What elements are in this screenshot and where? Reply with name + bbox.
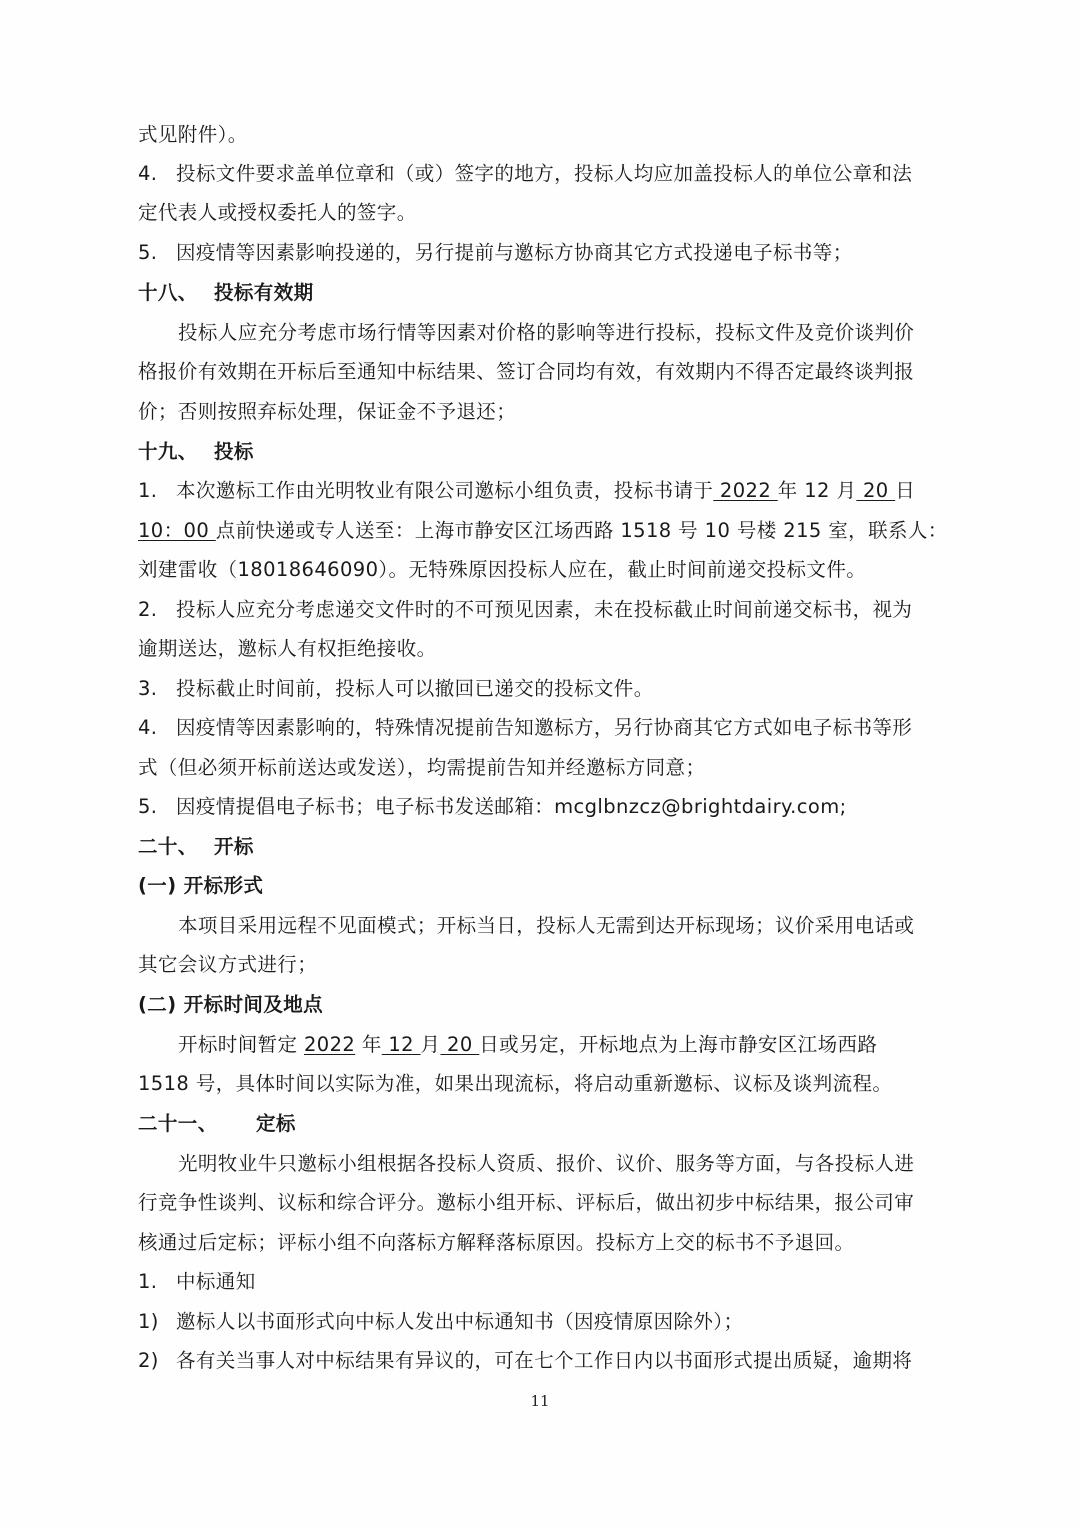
- list-number: 4.: [138, 716, 176, 740]
- paragraph-text: 年: [355, 1033, 382, 1056]
- list-text: 投标文件要求盖单位章和（或）签字的地方，投标人均应加盖投标人的单位公章和法: [176, 162, 912, 185]
- paragraph-text: 格报价有效期在开标后至通知中标结果、签订合同均有效，有效期内不得否定最终谈判报: [138, 360, 914, 383]
- paragraph-text: 月: [421, 1033, 441, 1056]
- list-number: 5.: [138, 795, 176, 819]
- list-number: 4.: [138, 162, 176, 186]
- text-line: 式（但必须开标前送达或发送），均需提前告知并经邀标方同意；: [138, 756, 705, 780]
- section-number: 二十、: [138, 835, 214, 859]
- list-item: 2)各有关当事人对中标结果有异议的，可在七个工作日内以书面形式提出质疑，逾期将: [138, 1349, 912, 1373]
- paragraph-text: 开标时间暂定: [178, 1033, 304, 1056]
- section-heading: 十八、投标有效期: [138, 281, 314, 305]
- paragraph-line: 投标人应充分考虑市场行情等因素对价格的影响等进行投标，投标文件及竞价谈判价: [178, 321, 914, 345]
- subsection-title: (二) 开标时间及地点: [138, 993, 323, 1016]
- paragraph-line: 本项目采用远程不见面模式；开标当日，投标人无需到达开标现场；议价采用电话或: [178, 914, 914, 938]
- continuation-text: 式见附件）。: [138, 123, 248, 146]
- contact-text: 刘建雷收（18018646090）。无特殊原因投标人应在，截止时间前递交投标文件…: [138, 558, 866, 581]
- list-text-continued: 逾期送达，邀标人有权拒绝接收。: [138, 637, 437, 660]
- list-item: 1)邀标人以书面形式向中标人发出中标通知书（因疫情原因除外）；: [138, 1310, 743, 1334]
- section-number: 二十一、: [138, 1112, 256, 1136]
- paragraph-line: 行竞争性谈判、议标和综合评分。邀标小组开标、评标后，做出初步中标结果，报公司审: [138, 1191, 914, 1215]
- list-item: 5.因疫情提倡电子标书；电子标书发送邮箱：mcglbnzcz@brightdai…: [138, 795, 847, 819]
- section-title: 投标: [214, 440, 254, 463]
- list-text: 各有关当事人对中标结果有异议的，可在七个工作日内以书面形式提出质疑，逾期将: [176, 1349, 912, 1372]
- list-item: 4.因疫情等因素影响的，特殊情况提前告知邀标方，另行协商其它方式如电子标书等形: [138, 716, 912, 740]
- list-text: 本次邀标工作由光明牧业有限公司邀标小组负责，投标书请于: [176, 479, 713, 502]
- section-heading: 十九、投标: [138, 440, 254, 464]
- delivery-address: 点前快递或专人送至：上海市静安区江场西路 1518 号 10 号楼 215 室，…: [216, 519, 948, 542]
- subsection-heading: (二) 开标时间及地点: [138, 993, 323, 1017]
- section-heading: 二十、开标: [138, 835, 254, 859]
- email-text: 因疫情提倡电子标书；电子标书发送邮箱：mcglbnzcz@brightdairy…: [176, 795, 847, 818]
- text-line: 定代表人或授权委托人的签字。: [138, 201, 417, 225]
- list-item: 2.投标人应充分考虑递交文件时的不可预见因素，未在投标截止时间前递交标书，视为: [138, 598, 912, 622]
- deadline-day: 20: [856, 479, 895, 502]
- section-heading: 二十一、定标: [138, 1112, 296, 1136]
- deadline-year: 2022: [713, 479, 777, 502]
- paragraph-text: 行竞争性谈判、议标和综合评分。邀标小组开标、评标后，做出初步中标结果，报公司审: [138, 1191, 914, 1214]
- list-number: 2.: [138, 598, 176, 622]
- paragraph-text: 日或另定，开标地点为上海市静安区江场西路: [479, 1033, 877, 1056]
- text-line: 刘建雷收（18018646090）。无特殊原因投标人应在，截止时间前递交投标文件…: [138, 558, 866, 582]
- subsection-heading: (一) 开标形式: [138, 874, 263, 898]
- list-number: 1): [138, 1310, 176, 1334]
- paragraph-line: 1518 号，具体时间以实际为准，如果出现流标，将启动重新邀标、议标及谈判流程。: [138, 1072, 892, 1096]
- paragraph-text: 光明牧业牛只邀标小组根据各投标人资质、报价、议价、服务等方面，与各投标人进: [178, 1152, 914, 1175]
- paragraph-line: 其它会议方式进行；: [138, 953, 317, 977]
- text-line: 式见附件）。: [138, 123, 248, 147]
- list-text: 邀标人以书面形式向中标人发出中标通知书（因疫情原因除外）；: [176, 1310, 743, 1333]
- list-number: 1.: [138, 479, 176, 503]
- list-item: 3.投标截止时间前，投标人可以撤回已递交的投标文件。: [138, 677, 654, 701]
- section-title: 定标: [256, 1112, 296, 1135]
- list-text: 年 12 月: [778, 479, 857, 502]
- paragraph-line: 格报价有效期在开标后至通知中标结果、签订合同均有效，有效期内不得否定最终谈判报: [138, 360, 914, 384]
- document-page: 式见附件）。 4.投标文件要求盖单位章和（或）签字的地方，投标人均应加盖投标人的…: [0, 0, 1080, 1528]
- text-line: 10：00 点前快递或专人送至：上海市静安区江场西路 1518 号 10 号楼 …: [138, 519, 948, 543]
- paragraph-text: 投标人应充分考虑市场行情等因素对价格的影响等进行投标，投标文件及竞价谈判价: [178, 321, 914, 344]
- list-number: 1.: [138, 1270, 176, 1294]
- list-text-continued: 式（但必须开标前送达或发送），均需提前告知并经邀标方同意；: [138, 756, 705, 779]
- list-text-continued: 定代表人或授权委托人的签字。: [138, 201, 417, 224]
- paragraph-line: 开标时间暂定 2022 年 12 月 20 日或另定，开标地点为上海市静安区江场…: [178, 1033, 877, 1057]
- list-number: 3.: [138, 677, 176, 701]
- list-item: 1.本次邀标工作由光明牧业有限公司邀标小组负责，投标书请于 2022 年 12 …: [138, 479, 915, 503]
- subsection-title: (一) 开标形式: [138, 874, 263, 897]
- text-line: 逾期送达，邀标人有权拒绝接收。: [138, 637, 437, 661]
- paragraph-line: 光明牧业牛只邀标小组根据各投标人资质、报价、议价、服务等方面，与各投标人进: [178, 1152, 914, 1176]
- section-title: 投标有效期: [214, 281, 314, 304]
- list-item: 5.因疫情等因素影响投递的，另行提前与邀标方协商其它方式投递电子标书等；: [138, 241, 853, 265]
- list-text: 因疫情等因素影响投递的，另行提前与邀标方协商其它方式投递电子标书等；: [176, 241, 853, 264]
- paragraph-text: 价；否则按照弃标处理，保证金不予退还；: [138, 400, 516, 423]
- paragraph-line: 价；否则按照弃标处理，保证金不予退还；: [138, 400, 516, 424]
- section-number: 十八、: [138, 281, 214, 305]
- opening-year: 2022: [304, 1033, 355, 1056]
- page-number: 11: [0, 1392, 1080, 1410]
- paragraph-line: 核通过后定标；评标小组不向落标方解释落标原因。投标方上交的标书不予退回。: [138, 1231, 854, 1255]
- section-number: 十九、: [138, 440, 214, 464]
- list-text: 投标人应充分考虑递交文件时的不可预见因素，未在投标截止时间前递交标书，视为: [176, 598, 912, 621]
- opening-day: 20: [440, 1033, 479, 1056]
- paragraph-text: 本项目采用远程不见面模式；开标当日，投标人无需到达开标现场；议价采用电话或: [178, 914, 914, 937]
- opening-month: 12: [382, 1033, 421, 1056]
- list-text: 投标截止时间前，投标人可以撤回已递交的投标文件。: [176, 677, 654, 700]
- list-text: 中标通知: [176, 1270, 256, 1293]
- list-number: 2): [138, 1349, 176, 1373]
- list-text: 日: [895, 479, 915, 502]
- list-text: 因疫情等因素影响的，特殊情况提前告知邀标方，另行协商其它方式如电子标书等形: [176, 716, 912, 739]
- list-number: 5.: [138, 241, 176, 265]
- paragraph-text: 1518 号，具体时间以实际为准，如果出现流标，将启动重新邀标、议标及谈判流程。: [138, 1072, 892, 1095]
- section-title: 开标: [214, 835, 254, 858]
- list-item: 1.中标通知: [138, 1270, 256, 1294]
- list-item: 4.投标文件要求盖单位章和（或）签字的地方，投标人均应加盖投标人的单位公章和法: [138, 162, 912, 186]
- paragraph-text: 其它会议方式进行；: [138, 953, 317, 976]
- paragraph-text: 核通过后定标；评标小组不向落标方解释落标原因。投标方上交的标书不予退回。: [138, 1231, 854, 1254]
- deadline-time: 10：00: [138, 519, 216, 542]
